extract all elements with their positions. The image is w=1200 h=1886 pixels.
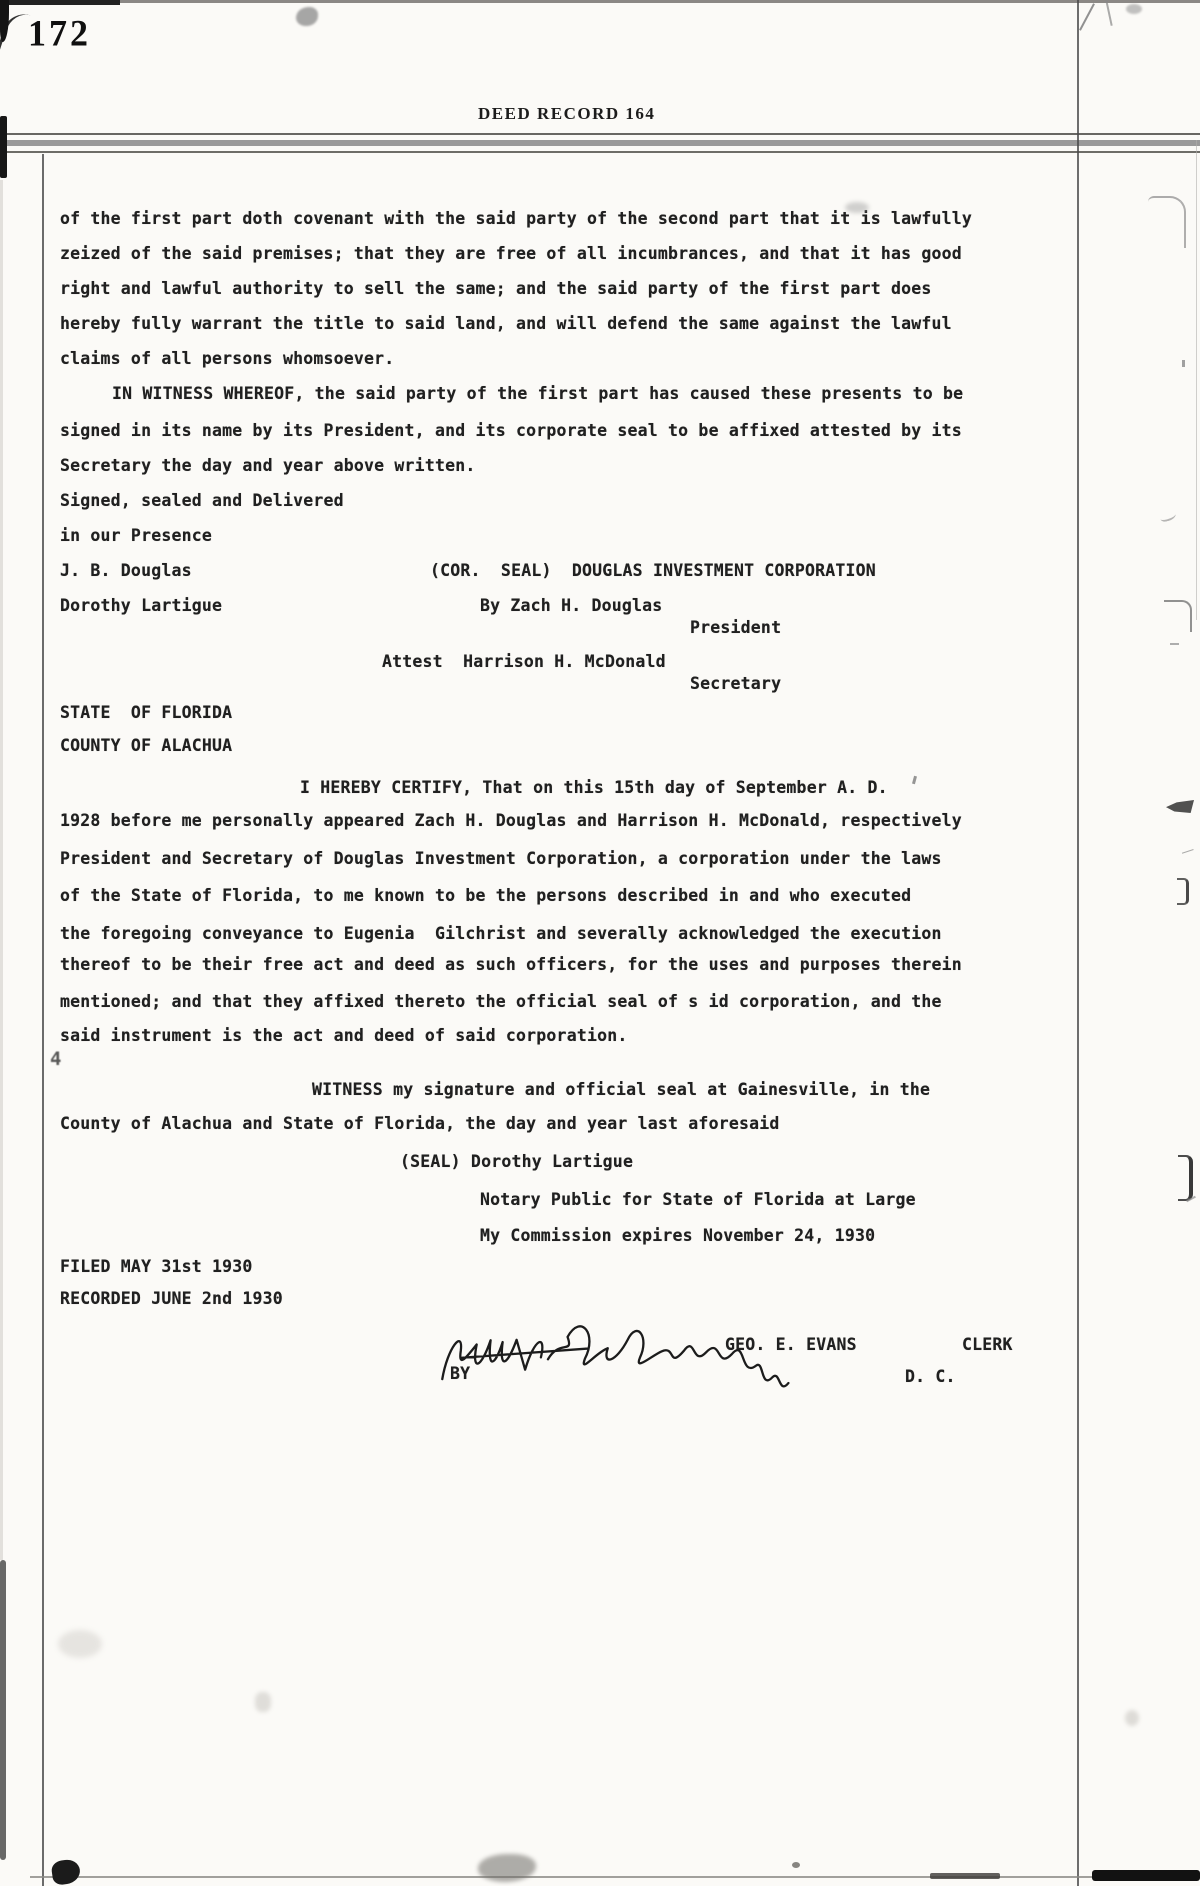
header-rule-thin-top — [0, 133, 1200, 135]
top-right-smudge — [1126, 4, 1142, 14]
bottom-right-dark-bar — [1092, 1870, 1200, 1881]
page-header-title: DEED RECORD 164 — [478, 104, 655, 124]
left-border-line — [42, 154, 44, 1886]
commission-expiry-line: My Commission expires November 24, 1930 — [480, 1226, 875, 1245]
deputy-clerk-signature — [435, 1309, 807, 1415]
left-edge-streak — [0, 116, 7, 178]
bottom-left-blob — [50, 1858, 81, 1886]
deed-text-line: thereof to be their free act and deed as… — [60, 955, 962, 974]
margin-bracket-mark — [1178, 1155, 1193, 1201]
bottom-dot-mark — [792, 1862, 800, 1868]
attest-line: Attest Harrison H. McDonald — [382, 652, 666, 671]
clerk-title: CLERK — [962, 1335, 1013, 1354]
scan-top-edge-dark — [0, 0, 120, 5]
witness-signature-name: J. B. Douglas — [60, 561, 192, 580]
deed-text-line: County of Alachua and State of Florida, … — [60, 1114, 780, 1133]
margin-tick-mark — [1182, 360, 1185, 367]
president-title: President — [690, 618, 781, 637]
margin-arrow-smudge — [1166, 800, 1194, 813]
deed-text-line: right and lawful authority to sell the s… — [60, 279, 932, 298]
notary-seal-line: (SEAL) Dorothy Lartigue — [400, 1152, 633, 1171]
ink-smudge — [296, 7, 318, 26]
margin-numeral-artifact: 4 — [50, 1048, 61, 1070]
deed-text-line: said instrument is the act and deed of s… — [60, 1026, 628, 1045]
ink-smudge — [1125, 1710, 1139, 1726]
state-line: STATE OF FLORIDA — [60, 703, 232, 722]
filed-date-line: FILED MAY 31st 1930 — [60, 1257, 253, 1276]
deed-text-line: Secretary the day and year above written… — [60, 456, 476, 475]
margin-tilde-mark — [1180, 844, 1193, 853]
margin-bracket-mark — [1164, 600, 1192, 632]
corporate-seal-line: (COR. SEAL) DOUGLAS INVESTMENT CORPORATI… — [430, 561, 876, 580]
ink-fleck — [912, 776, 917, 785]
deed-text-line: zeized of the said premises; that they a… — [60, 244, 962, 263]
left-edge-faint-strip — [0, 180, 3, 1560]
deed-text-line: of the State of Florida, to me known to … — [60, 886, 911, 905]
deed-text-line: Signed, sealed and Delivered — [60, 491, 344, 510]
header-rule-thick — [0, 140, 1200, 146]
margin-bracket-mark — [1177, 878, 1189, 905]
page-number: 172 — [28, 11, 91, 55]
witness-seal-line: WITNESS my signature and official seal a… — [312, 1080, 930, 1099]
deed-text-line: mentioned; and that they affixed thereto… — [60, 992, 942, 1011]
deed-text-line: hereby fully warrant the title to said l… — [60, 314, 952, 333]
ink-smudge — [845, 202, 869, 213]
witness-signature-name: Dorothy Lartigue — [60, 596, 222, 615]
deed-text-line: claims of all persons whomsoever. — [60, 349, 394, 368]
deed-text-line: the foregoing conveyance to Eugenia Gilc… — [60, 924, 942, 943]
bottom-dark-bar — [930, 1873, 1000, 1879]
deed-text-line: 1928 before me personally appeared Zach … — [60, 811, 962, 830]
margin-tilde-mark — [1159, 510, 1177, 523]
deed-text-line: in our Presence — [60, 526, 212, 545]
certify-line: I HEREBY CERTIFY, That on this 15th day … — [300, 778, 888, 797]
right-edge-faint-line — [1196, 140, 1197, 620]
deed-text-line: of the first part doth covenant with the… — [60, 209, 972, 228]
ink-smudge — [58, 1630, 102, 1658]
scan-bottom-line — [30, 1876, 1200, 1878]
top-right-scratch — [1105, 0, 1112, 26]
scan-top-edge — [0, 0, 1200, 3]
margin-dash-mark — [1170, 643, 1179, 645]
ink-smudge — [255, 1692, 271, 1712]
deed-text-line: President and Secretary of Douglas Inves… — [60, 849, 942, 868]
recorded-date-line: RECORDED JUNE 2nd 1930 — [60, 1289, 283, 1308]
top-right-scratch — [1079, 3, 1095, 30]
president-signature-line: By Zach H. Douglas — [480, 596, 662, 615]
deed-text-line: IN WITNESS WHEREOF, the said party of th… — [112, 384, 963, 403]
deed-record-page: 172 DEED RECORD 164 of the first part do… — [0, 0, 1200, 1886]
deputy-clerk-title: D. C. — [905, 1367, 956, 1386]
left-edge-streak — [0, 1560, 6, 1860]
margin-bracket-mark — [1148, 196, 1186, 248]
deed-text-line: signed in its name by its President, and… — [60, 421, 962, 440]
notary-title-line: Notary Public for State of Florida at La… — [480, 1190, 916, 1209]
secretary-title: Secretary — [690, 674, 781, 693]
right-border-line — [1077, 0, 1079, 1886]
county-line: COUNTY OF ALACHUA — [60, 736, 232, 755]
header-rule-thin-bottom — [0, 151, 1200, 153]
